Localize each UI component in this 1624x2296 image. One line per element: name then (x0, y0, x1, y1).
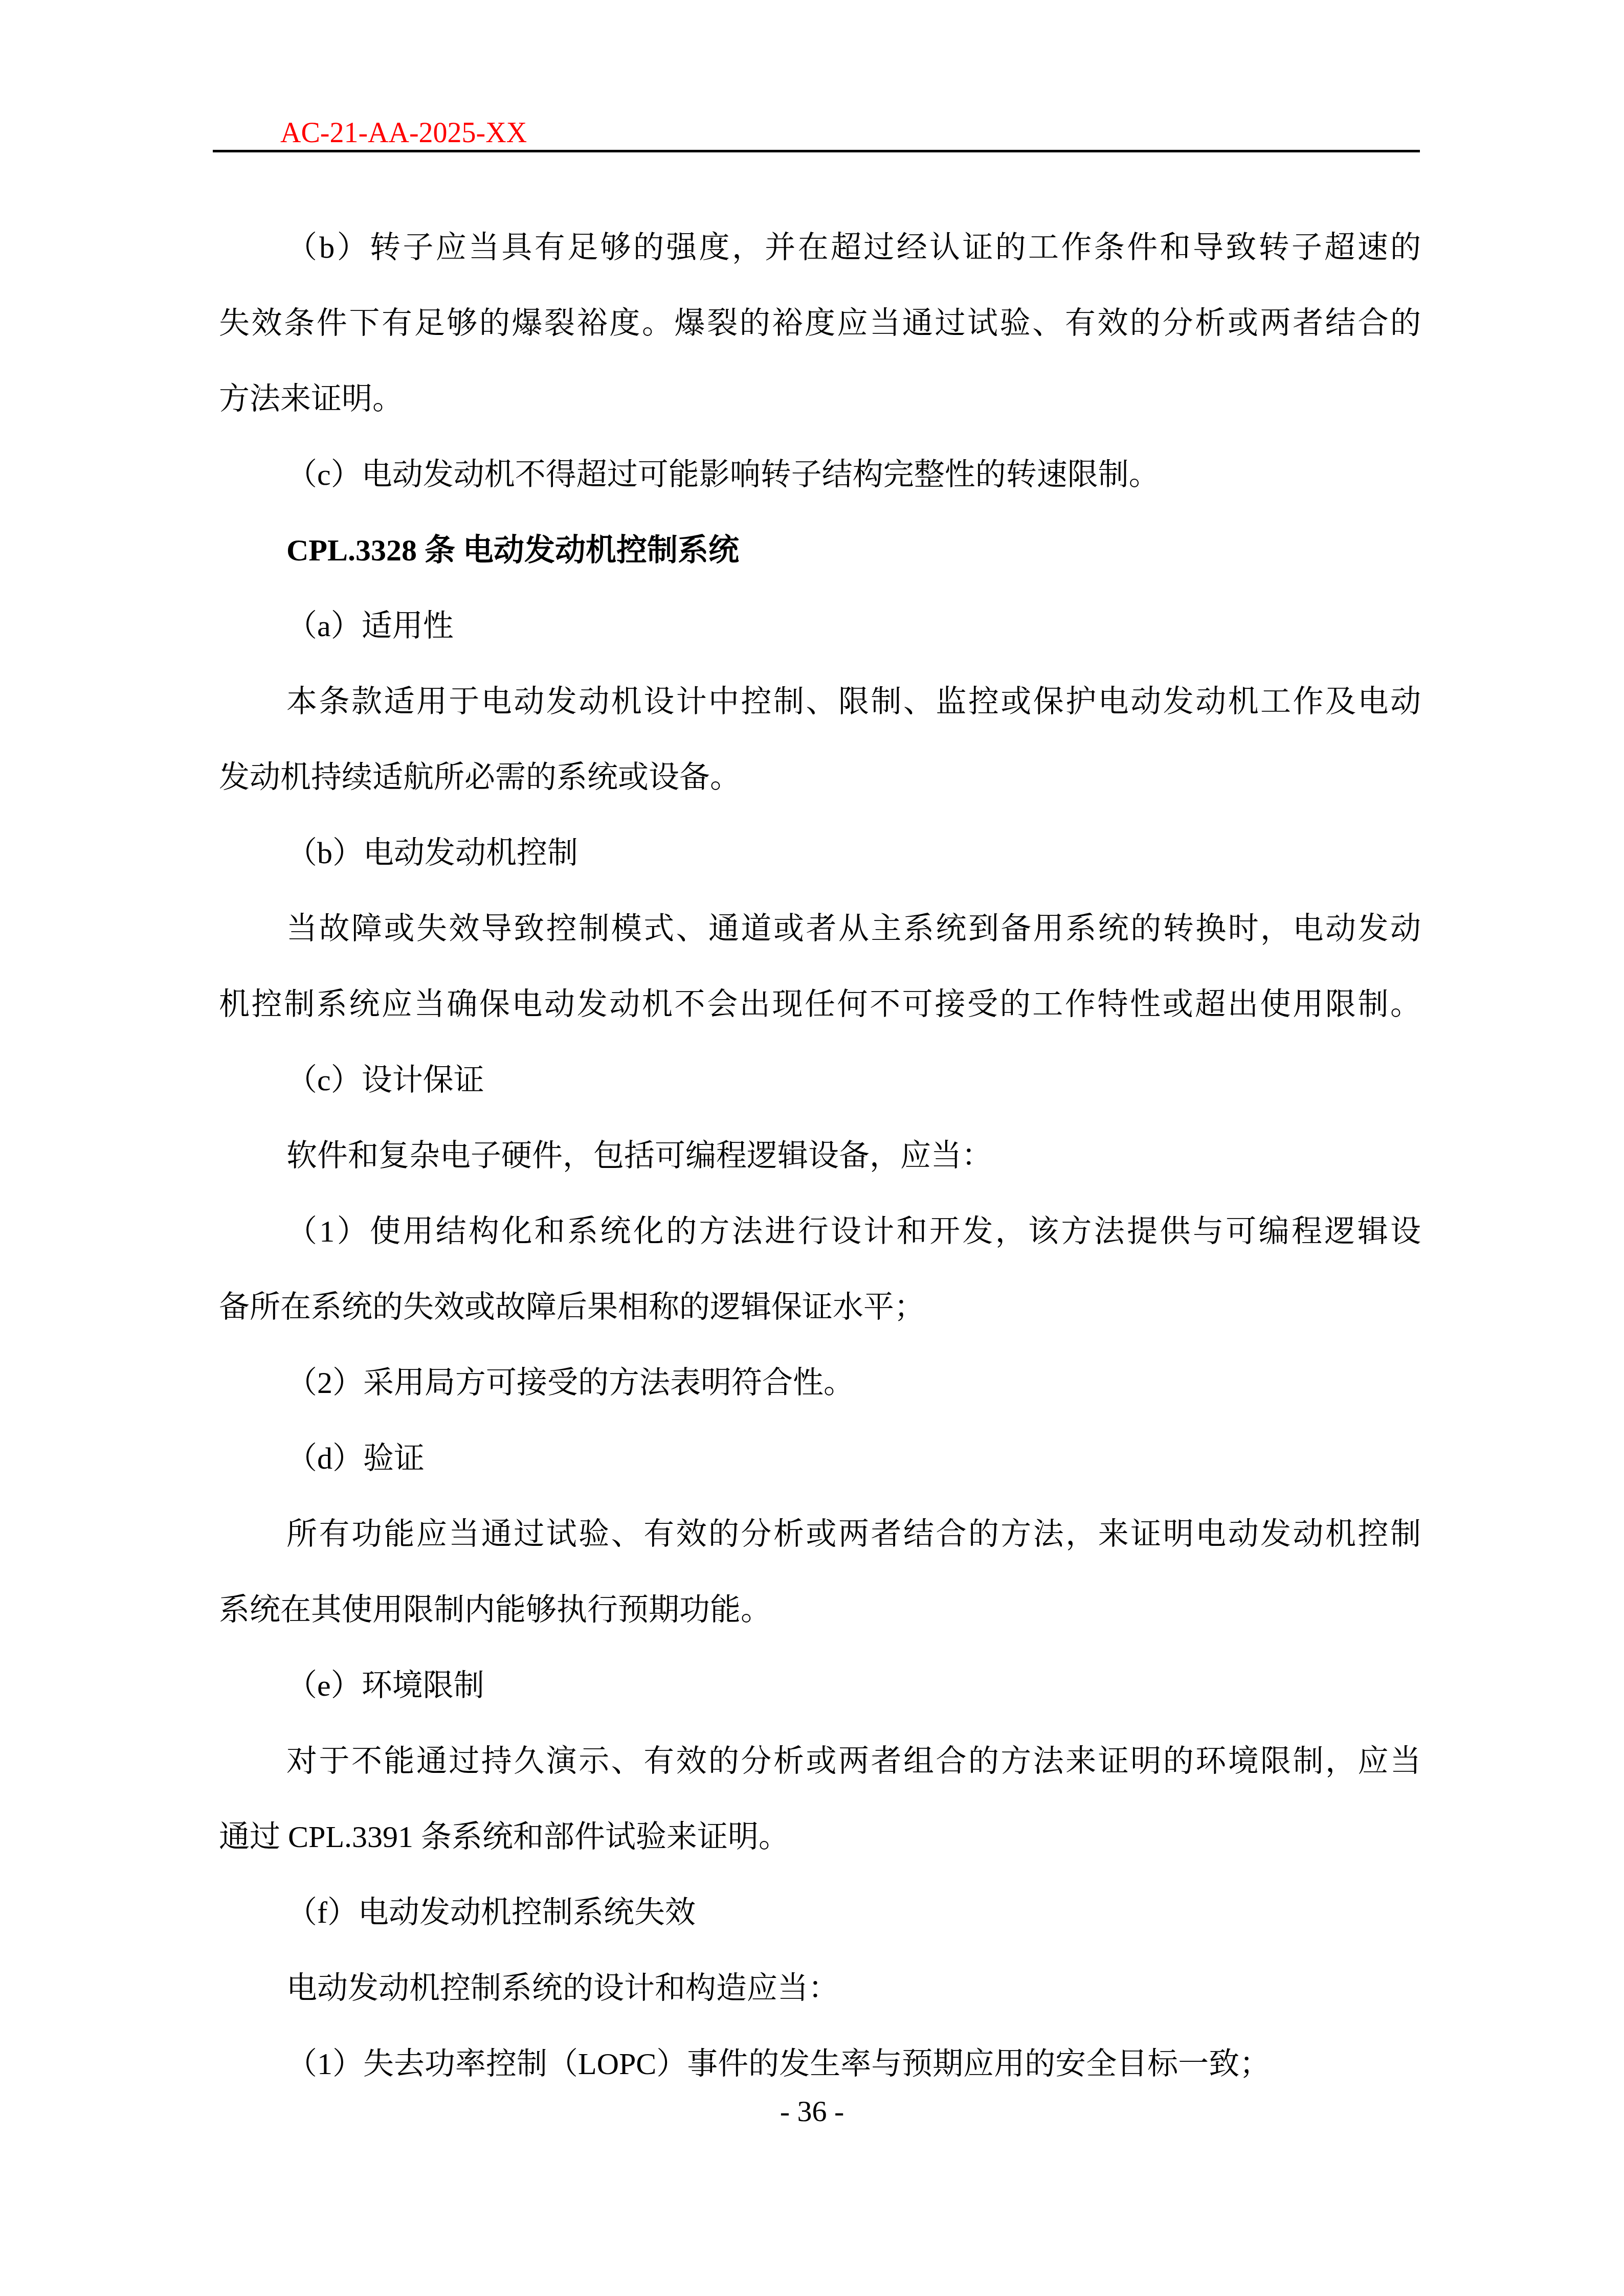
subsection-title: （c）设计保证 (219, 1042, 1421, 1118)
paragraph-line: 系统在其使用限制内能够执行预期功能。 (219, 1572, 1421, 1648)
subsection-title: （a）适用性 (219, 588, 1421, 664)
paragraph-line: 发动机持续适航所必需的系统或设备。 (219, 739, 1421, 815)
document-code-header: AC-21-AA-2025-XX (280, 117, 527, 149)
subsection-title: （b）电动发动机控制 (219, 815, 1421, 891)
paragraph-line: （c）电动发动机不得超过可能影响转子结构完整性的转速限制。 (219, 437, 1421, 512)
list-item-line: （1）失去功率控制（LOPC）事件的发生率与预期应用的安全目标一致； (219, 2026, 1421, 2102)
list-item-line: 备所在系统的失效或故障后果相称的逻辑保证水平； (219, 1269, 1421, 1345)
paragraph-line: 失效条件下有足够的爆裂裕度。爆裂的裕度应当通过试验、有效的分析或两者结合的 (219, 285, 1421, 361)
section-heading: CPL.3328 条 电动发动机控制系统 (219, 512, 1421, 588)
paragraph-line: 对于不能通过持久演示、有效的分析或两者组合的方法来证明的环境限制，应当 (219, 1723, 1421, 1799)
paragraph-line: 机控制系统应当确保电动发动机不会出现任何不可接受的工作特性或超出使用限制。 (219, 966, 1421, 1042)
subsection-title: （d）验证 (219, 1421, 1421, 1496)
subsection-title: （e）环境限制 (219, 1648, 1421, 1723)
subsection-title: （f）电动发动机控制系统失效 (219, 1875, 1421, 1950)
paragraph-line: 电动发动机控制系统的设计和构造应当： (219, 1950, 1421, 2026)
paragraph-line: 方法来证明。 (219, 361, 1421, 437)
paragraph-line: 本条款适用于电动发动机设计中控制、限制、监控或保护电动发动机工作及电动 (219, 664, 1421, 739)
paragraph-line: 所有功能应当通过试验、有效的分析或两者结合的方法，来证明电动发动机控制 (219, 1496, 1421, 1572)
page-number: - 36 - (0, 2094, 1624, 2128)
paragraph-line: 软件和复杂电子硬件，包括可编程逻辑设备，应当： (219, 1118, 1421, 1194)
header-divider (213, 150, 1420, 152)
document-body: （b）转子应当具有足够的强度，并在超过经认证的工作条件和导致转子超速的 失效条件… (219, 210, 1421, 2102)
list-item-line: （2）采用局方可接受的方法表明符合性。 (219, 1345, 1421, 1421)
list-item-line: （1）使用结构化和系统化的方法进行设计和开发，该方法提供与可编程逻辑设 (219, 1194, 1421, 1269)
paragraph-line: 当故障或失效导致控制模式、通道或者从主系统到备用系统的转换时，电动发动 (219, 891, 1421, 966)
paragraph-line: （b）转子应当具有足够的强度，并在超过经认证的工作条件和导致转子超速的 (219, 210, 1421, 285)
paragraph-line: 通过 CPL.3391 条系统和部件试验来证明。 (219, 1799, 1421, 1875)
